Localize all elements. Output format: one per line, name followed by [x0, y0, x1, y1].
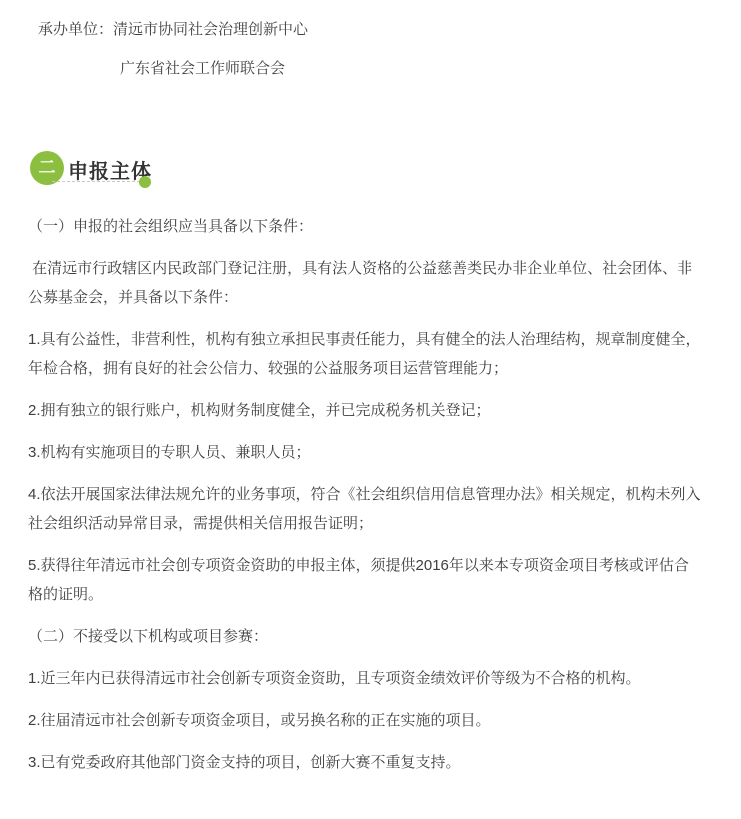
byline-co-organizer: 广东省社会工作师联合会: [120, 54, 285, 84]
paragraph-exclusion-intro-2: （二）不接受以下机构或项目参赛：: [28, 622, 718, 651]
article-page: 承办单位：清远市协同社会治理创新中心 广东省社会工作师联合会 二 申报主体 （一…: [0, 0, 741, 819]
paragraph-condition-4: 4.依法开展国家法律法规允许的业务事项，符合《社会组织信用信息管理办法》相关规定…: [28, 480, 718, 538]
paragraph-condition-5: 5.获得往年清远市社会创专项资金资助的申报主体，须提供2016年以来本专项资金项…: [28, 551, 718, 609]
byline-organizer: 承办单位：清远市协同社会治理创新中心: [38, 15, 308, 45]
paragraph-condition-2: 2.拥有独立的银行账户，机构财务制度健全，并已完成税务机关登记；: [28, 396, 718, 425]
dashed-underline: [52, 181, 140, 182]
paragraph-exclusion-2: 2.往届清远市社会创新专项资金项目，或另换名称的正在实施的项目。: [28, 706, 718, 735]
green-dot-icon: [139, 176, 151, 188]
section-number-badge-icon: 二: [30, 151, 64, 185]
section-header: 二 申报主体: [30, 151, 330, 197]
paragraph-condition-1: 1.具有公益性，非营利性，机构有独立承担民事责任能力，具有健全的法人治理结构，规…: [28, 325, 718, 383]
paragraph-condition-intro-1: （一）申报的社会组织应当具备以下条件：: [28, 212, 718, 241]
paragraph-exclusion-3: 3.已有党委政府其他部门资金支持的项目，创新大赛不重复支持。: [28, 748, 718, 777]
paragraph-registration-requirement: 在清远市行政辖区内民政部门登记注册，具有法人资格的公益慈善类民办非企业单位、社会…: [28, 254, 718, 312]
article-body: （一）申报的社会组织应当具备以下条件： 在清远市行政辖区内民政部门登记注册，具有…: [28, 212, 718, 790]
paragraph-exclusion-1: 1.近三年内已获得清远市社会创新专项资金资助，且专项资金绩效评价等级为不合格的机…: [28, 664, 718, 693]
paragraph-condition-3: 3.机构有实施项目的专职人员、兼职人员；: [28, 438, 718, 467]
